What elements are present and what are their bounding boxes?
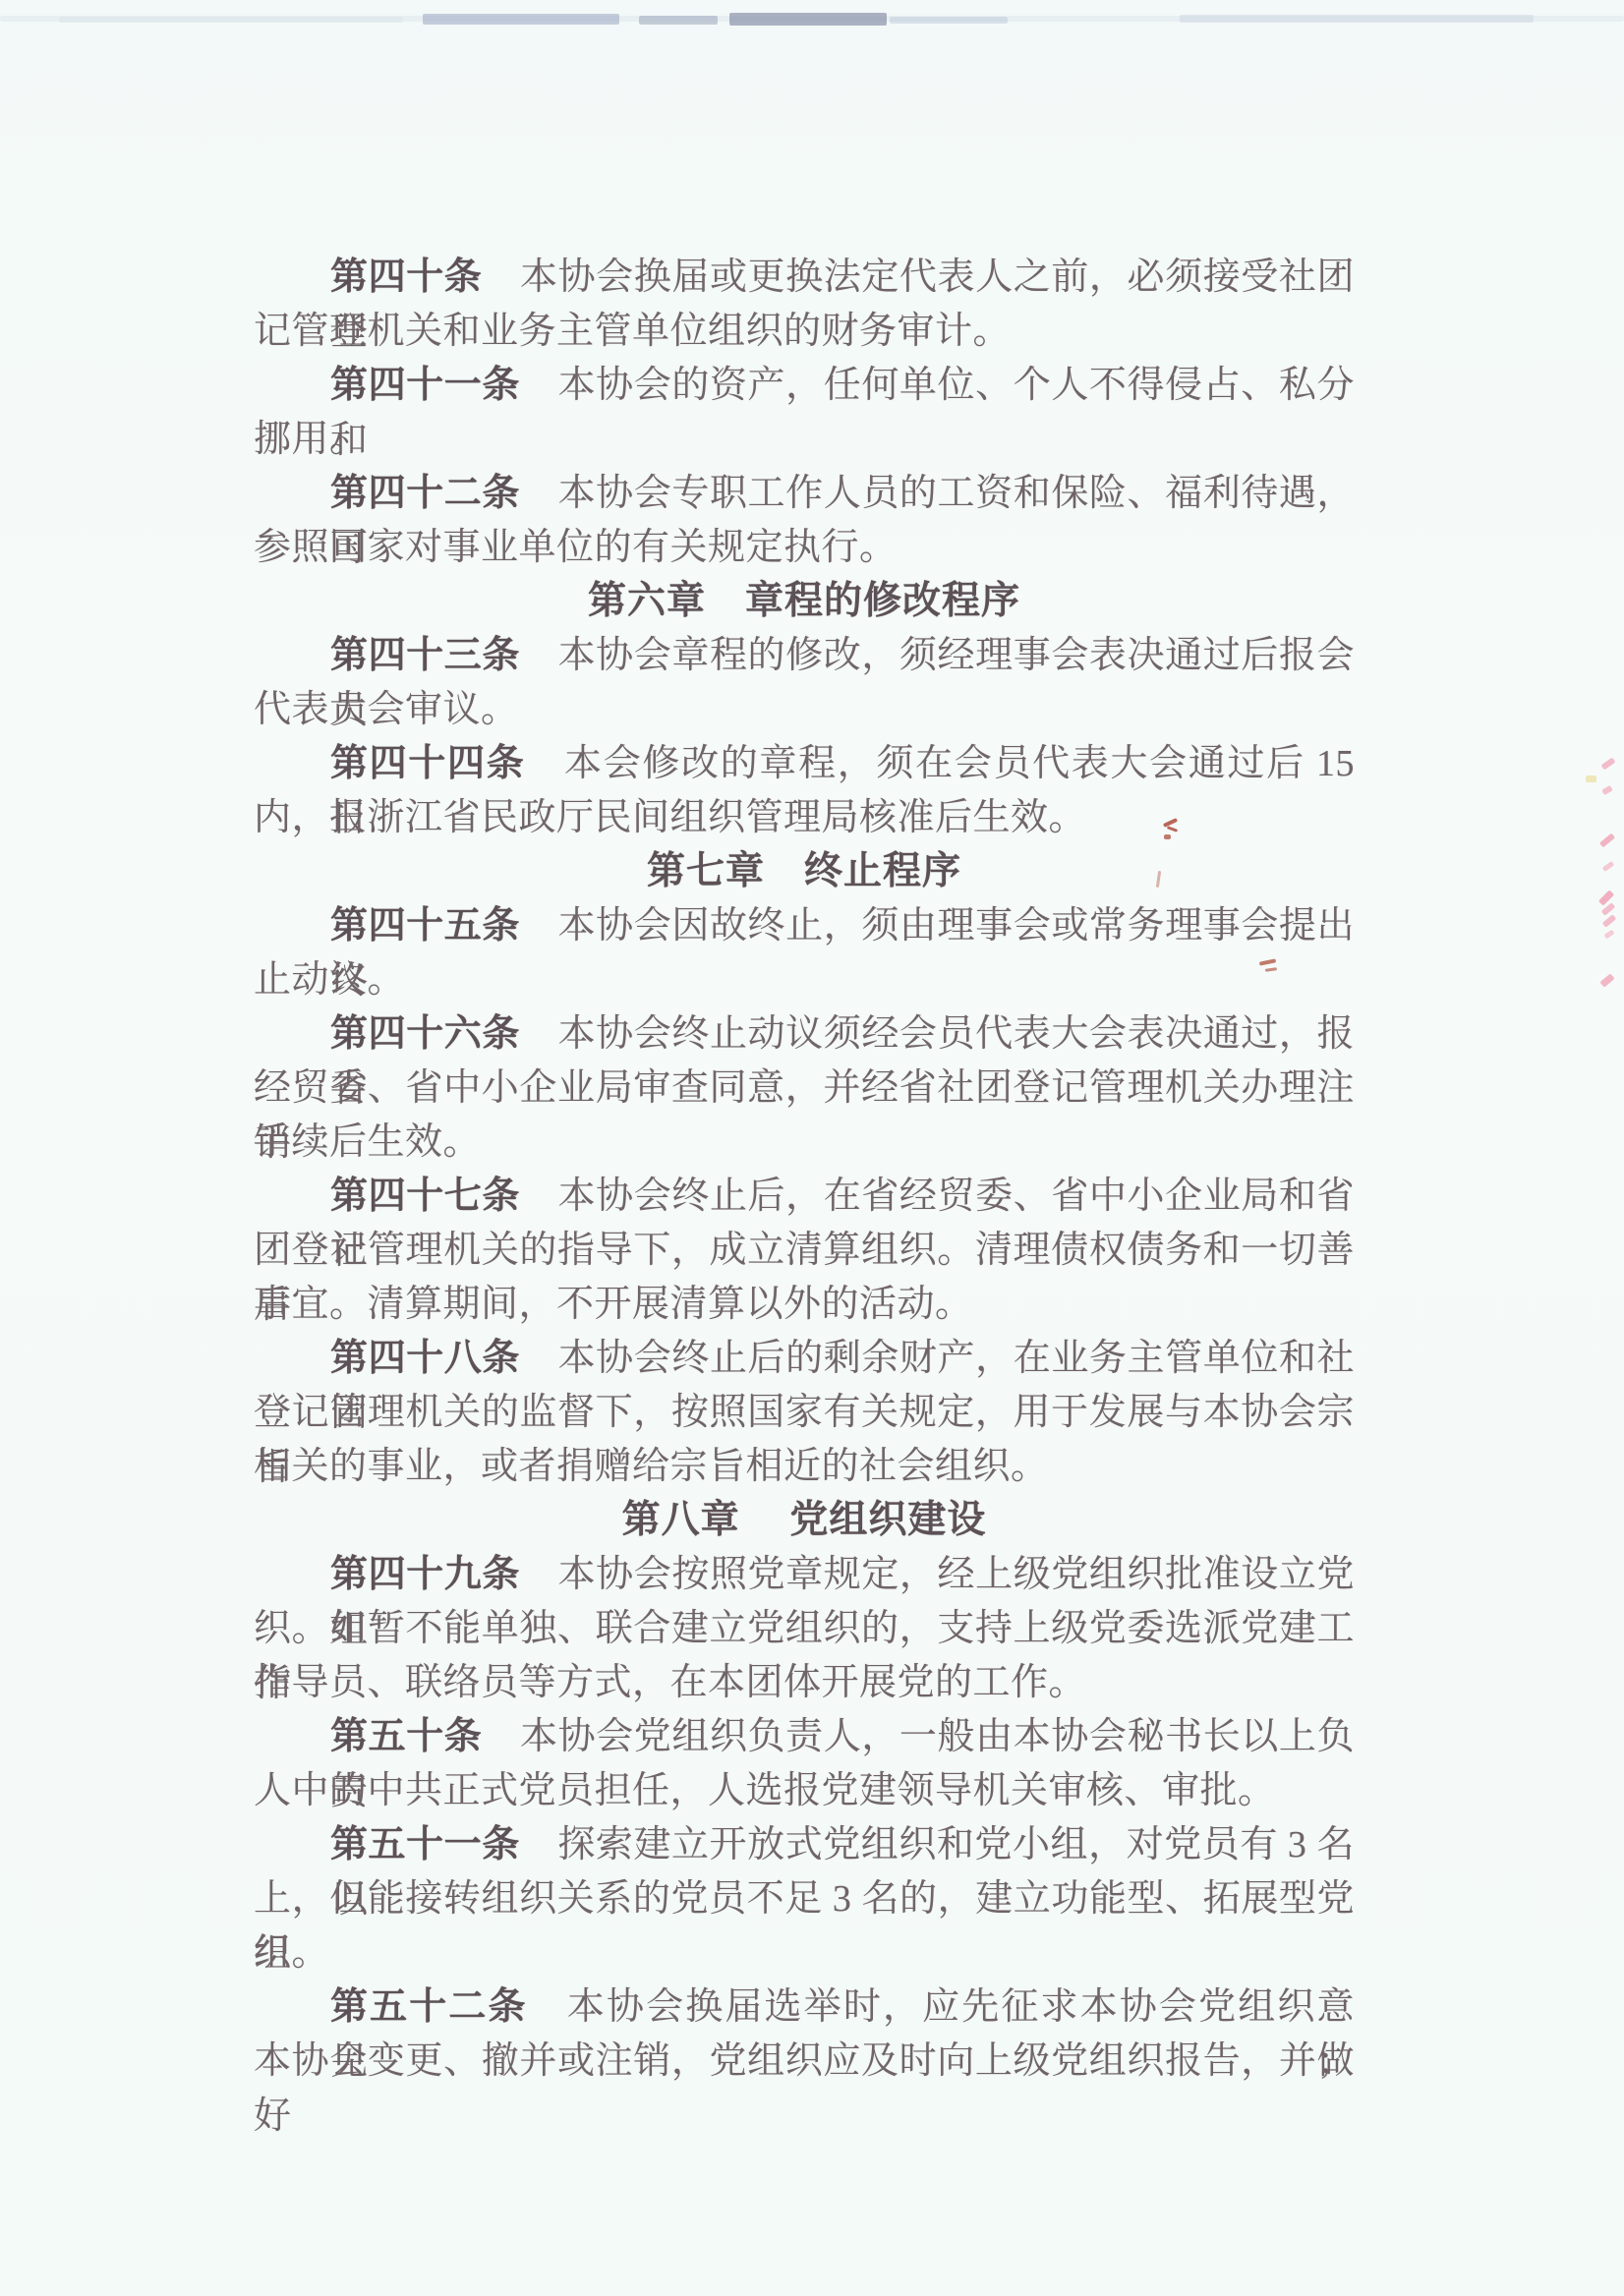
document-line: 经贸委、省中小企业局审查同意，并经省社团登记管理机关办理注销 [254, 1061, 1355, 1115]
document-line: 事宜。清算期间，不开展清算以外的活动。 [254, 1277, 1355, 1331]
article-text: 止动议。 [254, 959, 405, 1001]
document-line: 第四十六条 本协会终止动议须经会员代表大会表决通过，报省 [254, 1006, 1355, 1061]
document-line: 手续后生效。 [254, 1115, 1355, 1169]
document-line: 团登记管理机关的指导下，成立清算组织。清理债权债务和一切善后 [254, 1223, 1355, 1277]
article-number: 第八章 党组织建设 [622, 1499, 987, 1541]
yellow-dot [1586, 775, 1596, 782]
document-line: 上，但能接转组织关系的党员不足 3 名的，建立功能型、拓展型党组 [254, 1871, 1355, 1925]
document-line: 记管理机关和业务主管单位组织的财务审计。 [254, 304, 1355, 358]
article-number: 第四十二条 [330, 473, 520, 514]
article-number: 第四十九条 [330, 1554, 520, 1595]
top-edge-band [890, 17, 1008, 24]
document-line: 第四十一条 本协会的资产，任何单位、个人不得侵占、私分和 [254, 358, 1355, 412]
document-line: 第四十条 本协会换届或更换法定代表人之前，必须接受社团登 [254, 250, 1355, 304]
article-number: 第四十八条 [330, 1338, 520, 1379]
document-line: 第四十八条 本协会终止后的剩余财产，在业务主管单位和社团 [254, 1331, 1355, 1385]
article-text: 参照国家对事业单位的有关规定执行。 [254, 527, 898, 568]
red-pen-mark [1164, 834, 1171, 839]
article-number: 第六章 章程的修改程序 [588, 580, 1020, 622]
document-line: 第五十一条 探索建立开放式党组织和党小组，对党员有 3 名以 [254, 1817, 1355, 1871]
chapter-heading: 第七章 终止程序 [254, 844, 1355, 898]
document-line: 登记管理机关的监督下，按照国家有关规定，用于发展与本协会宗旨 [254, 1385, 1355, 1439]
article-number: 第四十五条 [330, 905, 520, 947]
document-line: 参照国家对事业单位的有关规定执行。 [254, 520, 1355, 574]
article-number: 第五十二条 [330, 1986, 528, 2028]
document-line: 相关的事业，或者捐赠给宗旨相近的社会组织。 [254, 1439, 1355, 1493]
article-number: 第四十三条 [330, 635, 520, 676]
article-text: 指导员、联络员等方式，在本团体开展党的工作。 [254, 1662, 1086, 1703]
article-number: 第四十四条 [330, 743, 525, 784]
document-line: 第五十条 本协会党组织负责人，一般由本协会秘书长以上负责 [254, 1709, 1355, 1763]
document-line: 第五十二条 本协会换届选举时，应先征求本协会党组织意见； [254, 1980, 1355, 2034]
article-text: 织。 [254, 1932, 329, 1974]
top-edge-band [1180, 15, 1534, 23]
document-line: 本协会变更、撤并或注销，党组织应及时向上级党组织报告，并做好 [254, 2034, 1355, 2088]
article-text: 代表大会审议。 [254, 689, 519, 730]
article-text: 相关的事业，或者捐赠给宗旨相近的社会组织。 [254, 1446, 1049, 1487]
article-text: 手续后生效。 [254, 1121, 481, 1163]
article-number: 第五十一条 [330, 1824, 520, 1865]
document-line: 织。 [254, 1925, 1355, 1980]
chapter-heading: 第六章 章程的修改程序 [254, 574, 1355, 628]
article-number: 第四十七条 [330, 1176, 520, 1217]
document-line: 代表大会审议。 [254, 682, 1355, 736]
chapter-heading: 第八章 党组织建设 [254, 1493, 1355, 1547]
document-line: 第四十三条 本协会章程的修改，须经理事会表决通过后报会员 [254, 628, 1355, 682]
article-number: 第四十条 [330, 257, 482, 298]
document-line: 第四十四条 本会修改的章程，须在会员代表大会通过后 15 日 [254, 736, 1355, 790]
article-text: 人中的中共正式党员担任，人选报党建领导机关审核、审批。 [254, 1770, 1276, 1811]
article-text: 内，报浙江省民政厅民间组织管理局核准后生效。 [254, 797, 1086, 838]
document-line: 指导员、联络员等方式，在本团体开展党的工作。 [254, 1655, 1355, 1709]
article-text: 事宜。清算期间，不开展清算以外的活动。 [254, 1284, 973, 1325]
article-number: 第四十六条 [330, 1013, 520, 1055]
document-line: 内，报浙江省民政厅民间组织管理局核准后生效。 [254, 790, 1355, 844]
article-text: 记管理机关和业务主管单位组织的财务审计。 [254, 311, 1011, 352]
document-line: 第四十五条 本协会因故终止，须由理事会或常务理事会提出终 [254, 898, 1355, 952]
article-number: 第五十条 [330, 1716, 482, 1757]
top-edge-band [729, 13, 887, 26]
top-edge-band [423, 14, 619, 25]
article-number: 第四十一条 [330, 365, 520, 406]
article-text: 挪用。 [254, 419, 368, 460]
document-line: 第四十九条 本协会按照党章规定，经上级党组织批准设立党组 [254, 1547, 1355, 1601]
article-number: 第七章 终止程序 [647, 850, 961, 892]
top-edge-band [639, 16, 718, 25]
document-line: 止动议。 [254, 952, 1355, 1006]
scanned-document-page: 第四十条 本协会换届或更换法定代表人之前，必须接受社团登记管理机关和业务主管单位… [0, 0, 1624, 2296]
document-line: 第四十七条 本协会终止后，在省经贸委、省中小企业局和省社 [254, 1169, 1355, 1223]
document-line: 人中的中共正式党员担任，人选报党建领导机关审核、审批。 [254, 1763, 1355, 1817]
document-line: 第四十二条 本协会专职工作人员的工资和保险、福利待遇，可 [254, 466, 1355, 520]
document-line: 织。如暂不能单独、联合建立党组织的，支持上级党委选派党建工作 [254, 1601, 1355, 1655]
text-block: 第四十条 本协会换届或更换法定代表人之前，必须接受社团登记管理机关和业务主管单位… [0, 0, 1624, 2296]
document-line: 挪用。 [254, 412, 1355, 466]
